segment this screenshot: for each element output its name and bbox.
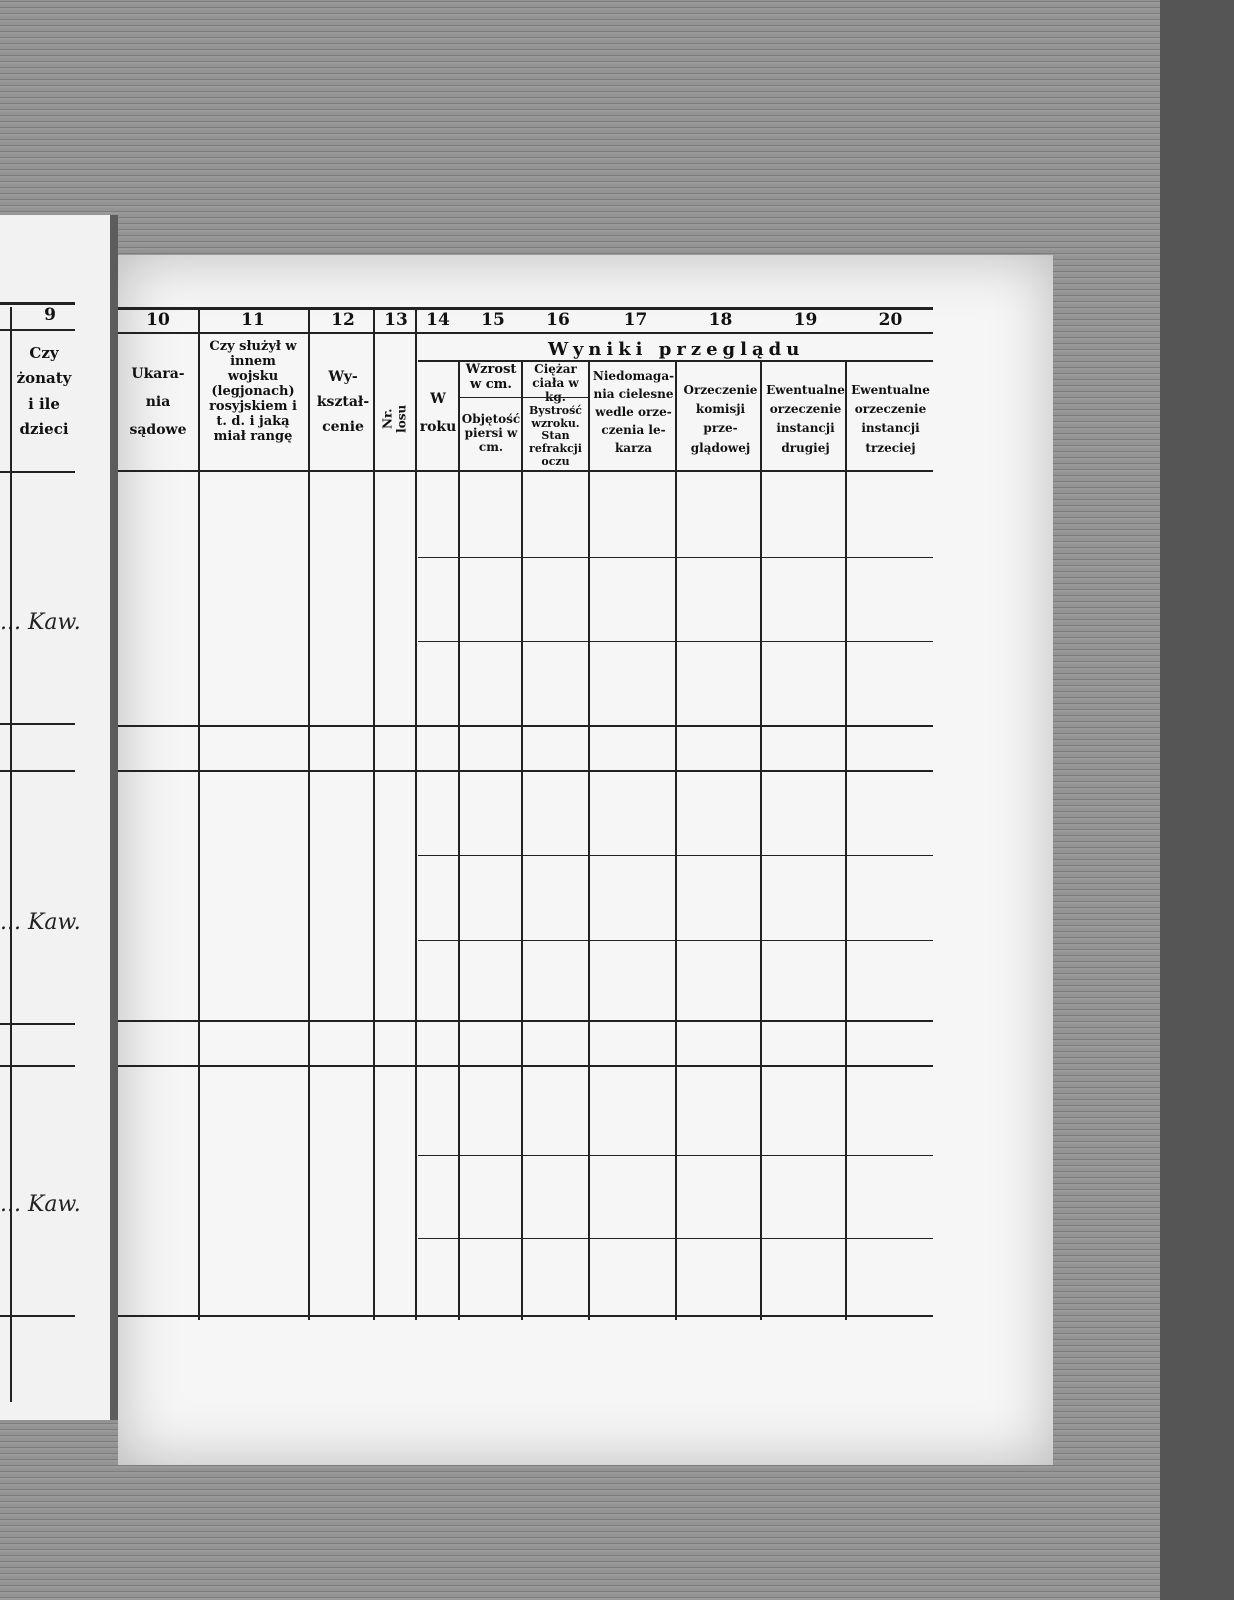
col20-header: Ewentualne orzeczenie instancji trzeciej xyxy=(848,381,933,458)
col15-header-top: Wzrost w cm. xyxy=(461,363,521,393)
col-number: 17 xyxy=(593,310,678,330)
handwritten-entry: ... Kaw. xyxy=(0,610,81,635)
col-number: 13 xyxy=(376,310,416,330)
column-divider xyxy=(760,360,762,1320)
handwritten-entry: ... Kaw. xyxy=(0,1192,81,1217)
group-header-wyniki: Wyniki przeglądu xyxy=(548,339,804,360)
col9-number: 9 xyxy=(30,305,70,325)
col12-header: Wy- kształ- cenie xyxy=(313,365,373,441)
row-rule xyxy=(118,1065,933,1067)
column-divider xyxy=(458,360,460,1320)
column-divider xyxy=(308,310,310,1320)
rule xyxy=(0,329,75,331)
col14-header: W roku xyxy=(418,385,458,441)
rule xyxy=(118,332,933,334)
col15-header-bottom: Objętość piersi w cm. xyxy=(461,413,521,454)
col-number: 18 xyxy=(678,310,763,330)
col9-line: Czy xyxy=(14,345,74,362)
row-rule xyxy=(118,1315,933,1317)
row-subdivider xyxy=(418,1155,933,1156)
col9-header: Czy żonaty i ile dzieci xyxy=(14,345,74,438)
row-subdivider xyxy=(418,855,933,856)
col17-header: Niedomaga- nia cielesne wedle orze- czen… xyxy=(591,367,676,457)
col9-line: żonaty xyxy=(14,370,74,387)
column-divider xyxy=(675,360,677,1320)
handwritten-entry: ... Kaw. xyxy=(0,910,81,935)
rule xyxy=(0,723,75,725)
col-number: 19 xyxy=(763,310,848,330)
column-divider xyxy=(521,360,523,1320)
col19-header: Ewentualne orzeczenie instancji drugiej xyxy=(763,381,848,458)
rule xyxy=(0,471,75,473)
row-rule xyxy=(118,770,933,772)
row-subdivider xyxy=(418,1238,933,1239)
col18-header: Orzeczenie komisji prze- glądowej xyxy=(678,381,763,458)
rule xyxy=(118,470,933,472)
column-divider xyxy=(845,360,847,1320)
rule xyxy=(0,770,75,772)
col-number: 15 xyxy=(463,310,523,330)
col-number: 16 xyxy=(528,310,588,330)
row-rule xyxy=(118,1020,933,1022)
col9-line: dzieci xyxy=(14,421,74,438)
col11-header: Czy służył w innem wojsku (legjonach) ro… xyxy=(203,340,303,445)
row-subdivider xyxy=(418,557,933,558)
scanner-edge xyxy=(1160,0,1234,1600)
rule xyxy=(0,1065,75,1067)
row-subdivider xyxy=(418,641,933,642)
column-divider xyxy=(415,310,417,1320)
rule xyxy=(460,397,588,398)
rule xyxy=(0,1315,75,1317)
row-rule xyxy=(118,725,933,727)
col16-header-bottom: Bystrość wzroku. Stan refrakcji oczu xyxy=(523,405,588,468)
row-subdivider xyxy=(418,940,933,941)
left-page: 9 Czy żonaty i ile dzieci ... Kaw. ... K… xyxy=(0,215,118,1420)
col13-header: Nr. losu xyxy=(382,396,410,441)
right-page: 10 11 12 13 14 15 16 17 18 19 20 Wyniki … xyxy=(118,255,1053,1465)
col-number: 14 xyxy=(418,310,458,330)
col-number: 11 xyxy=(203,310,303,330)
column-divider xyxy=(588,360,590,1320)
col-number: 10 xyxy=(128,310,188,330)
column-divider xyxy=(373,310,375,1320)
column-divider xyxy=(198,310,200,1320)
rule xyxy=(0,1023,75,1025)
col10-header: Ukara- nia sądowe xyxy=(123,360,193,444)
col16-header-top: Ciężar ciała w kg. xyxy=(523,363,588,404)
col9-line: i ile xyxy=(14,396,74,413)
col-number: 20 xyxy=(848,310,933,330)
col-number: 12 xyxy=(313,310,373,330)
